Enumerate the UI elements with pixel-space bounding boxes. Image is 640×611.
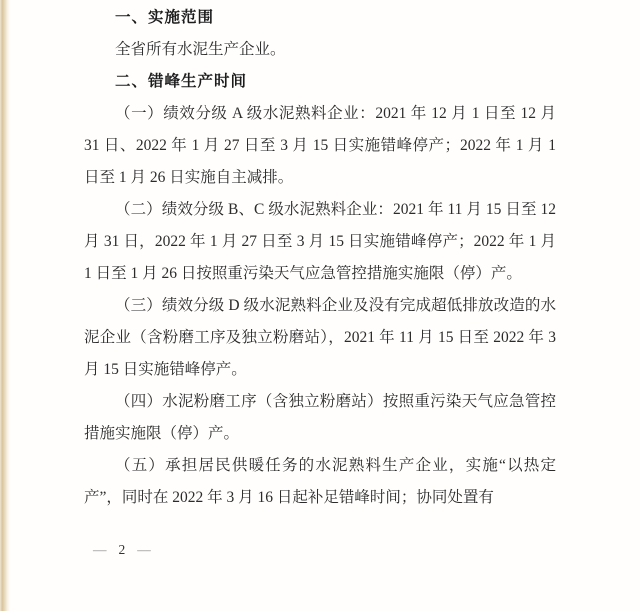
body-paragraph: （一）绩效分级 A 级水泥熟料企业：2021 年 12 月 1 日至 12 月 …: [84, 98, 556, 194]
body-paragraph: （五）承担居民供暖任务的水泥熟料生产企业，实施“以热定产”，同时在 2022 年…: [84, 450, 556, 514]
page-number-dash-left: —: [93, 542, 107, 557]
body-paragraph: （二）绩效分级 B、C 级水泥熟料企业：2021 年 11 月 15 日至 12…: [84, 194, 556, 290]
body-paragraph: 全省所有水泥生产企业。: [84, 34, 556, 66]
document-body: 一、实施范围全省所有水泥生产企业。二、错峰生产时间（一）绩效分级 A 级水泥熟料…: [84, 2, 556, 514]
page-number-dash-right: —: [137, 542, 151, 557]
body-paragraph: （三）绩效分级 D 级水泥熟料企业及没有完成超低排放改造的水泥企业（含粉磨工序及…: [84, 290, 556, 386]
page-number: —2—: [93, 542, 151, 558]
section-heading: 一、实施范围: [84, 2, 556, 34]
document-page: 一、实施范围全省所有水泥生产企业。二、错峰生产时间（一）绩效分级 A 级水泥熟料…: [0, 0, 640, 611]
page-number-value: 2: [119, 542, 126, 557]
page-left-edge: [0, 0, 10, 611]
body-paragraph: （四）水泥粉磨工序（含独立粉磨站）按照重污染天气应急管控措施实施限（停）产。: [84, 386, 556, 450]
section-heading: 二、错峰生产时间: [84, 66, 556, 98]
